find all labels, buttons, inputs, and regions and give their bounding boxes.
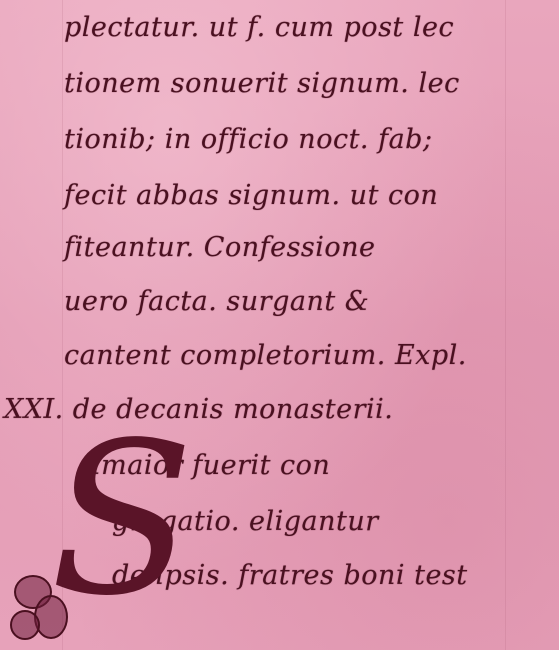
- text-line: fecit abbas signum. ut con: [64, 180, 438, 211]
- manuscript-page: plectatur. ut f. cum post lec tionem son…: [0, 0, 559, 650]
- text-line: fiteantur. Confessione: [64, 232, 376, 263]
- flourish-ornament: [34, 595, 68, 639]
- text-line: tionem sonuerit signum. lec: [64, 68, 460, 99]
- initial-letter: S: [50, 415, 194, 625]
- decorated-initial: S: [10, 415, 140, 650]
- text-line: uero facta. surgant &: [64, 286, 369, 317]
- text-line: plectatur. ut f. cum post lec: [64, 12, 454, 43]
- flourish-ornament: [10, 610, 40, 640]
- text-line: tionib; in officio noct. fab;: [64, 124, 433, 155]
- ruling-margin: [505, 0, 506, 650]
- text-line: cantent completorium. Expl.: [64, 340, 467, 371]
